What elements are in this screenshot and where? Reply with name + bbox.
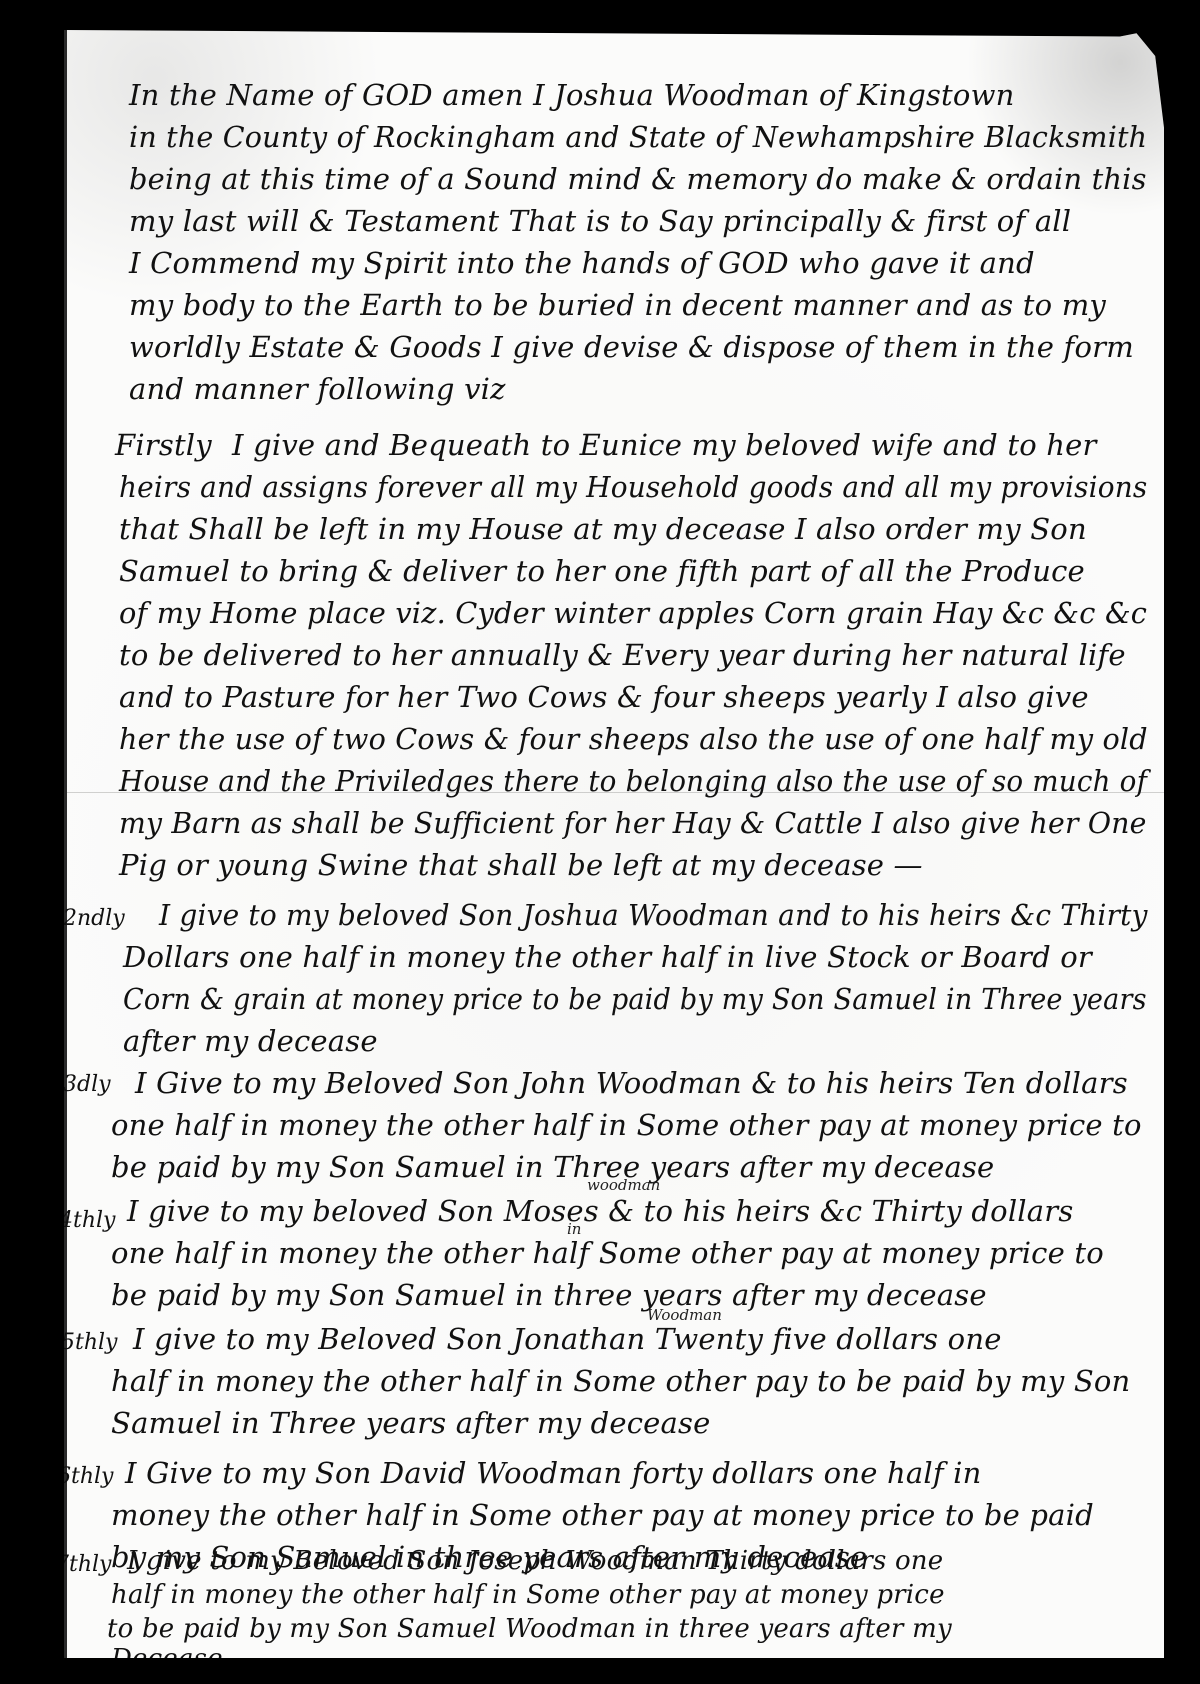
bequest-line: be paid by my Son Samuel in three years … <box>111 1278 987 1312</box>
bequest-line: my Barn as shall be Sufficient for her H… <box>119 806 1147 840</box>
bequest-line: her the use of two Cows & four sheeps al… <box>119 722 1148 756</box>
preamble-line: my last will & Testament That is to Say … <box>129 204 1071 238</box>
preamble-line: my body to the Earth to be buried in dec… <box>129 288 1106 322</box>
bequest-line: half in money the other half in Some oth… <box>111 1580 945 1610</box>
item-label-firstly: Firstly <box>115 428 212 462</box>
bequest-line: half in money the other half in Some oth… <box>111 1364 1130 1398</box>
bequest-line: Samuel in Three years after my decease <box>111 1406 710 1440</box>
bequest-line: one half in money the other half in Some… <box>111 1108 1142 1142</box>
bequest-line: heirs and assigns forever all my Househo… <box>119 470 1147 504</box>
manuscript-page: In the Name of GOD amen I Joshua Woodman… <box>64 30 1164 1658</box>
bequest-line: Samuel to bring & deliver to her one fif… <box>119 554 1085 588</box>
bequest-line: Decease. <box>111 1644 231 1674</box>
preamble-line: and manner following viz <box>129 372 506 406</box>
preamble-line: In the Name of GOD amen I Joshua Woodman… <box>129 78 1014 112</box>
bequest-line: I give to my Beloved Son Joseph Woodman … <box>127 1546 943 1576</box>
bequest-line: I Give to my Beloved Son John Woodman & … <box>135 1066 1128 1100</box>
item-label-4thly: 4thly <box>59 1208 115 1233</box>
item-label-2ndly: 2ndly <box>63 906 125 931</box>
scanned-document: In the Name of GOD amen I Joshua Woodman… <box>0 0 1200 1684</box>
bequest-line: money the other half in Some other pay a… <box>111 1498 1094 1532</box>
bequest-line: I Give to my Son David Woodman forty dol… <box>125 1456 982 1490</box>
preamble-line: worldly Estate & Goods I give devise & d… <box>129 330 1134 364</box>
bequest-line: after my decease <box>123 1024 378 1058</box>
preamble-line: I Commend my Spirit into the hands of GO… <box>129 246 1035 280</box>
bequest-line: I give and Bequeath to Eunice my beloved… <box>232 428 1097 462</box>
bequest-line: of my Home place viz. Cyder winter apple… <box>119 596 1147 630</box>
bequest-line: Pig or young Swine that shall be left at… <box>119 848 923 882</box>
bequest-line: Dollars one half in money the other half… <box>123 940 1092 974</box>
bequest-line: House and the Priviledges there to belon… <box>119 764 1147 798</box>
item-label-3dly: 3dly <box>63 1072 111 1097</box>
bequest-line: one half in money the other half Some ot… <box>111 1236 1104 1270</box>
bequest-line: that Shall be left in my House at my dec… <box>119 512 1087 546</box>
item-label-7thly: 7thly <box>55 1552 111 1577</box>
bequest-line: be paid by my Son Samuel in Three years … <box>111 1150 994 1184</box>
bequest-line: I give to my Beloved Son Jonathan Twenty… <box>133 1322 1002 1356</box>
item-label-6thly: 6thly <box>57 1464 113 1489</box>
bequest-line: I give to my beloved Son Moses & to his … <box>127 1194 1073 1228</box>
interlineation-woodman: woodman <box>587 1176 660 1194</box>
preamble-line: in the County of Rockingham and State of… <box>129 120 1147 154</box>
bequest-line: Corn & grain at money price to be paid b… <box>123 982 1147 1016</box>
bequest-line: to be paid by my Son Samuel Woodman in t… <box>107 1614 952 1644</box>
bequest-line: I give to my beloved Son Joshua Woodman … <box>159 898 1148 932</box>
item-label-5thly: 5thly <box>61 1330 117 1355</box>
bequest-line: and to Pasture for her Two Cows & four s… <box>119 680 1089 714</box>
bequest-line: to be delivered to her annually & Every … <box>119 638 1126 672</box>
preamble-line: being at this time of a Sound mind & mem… <box>129 162 1147 196</box>
